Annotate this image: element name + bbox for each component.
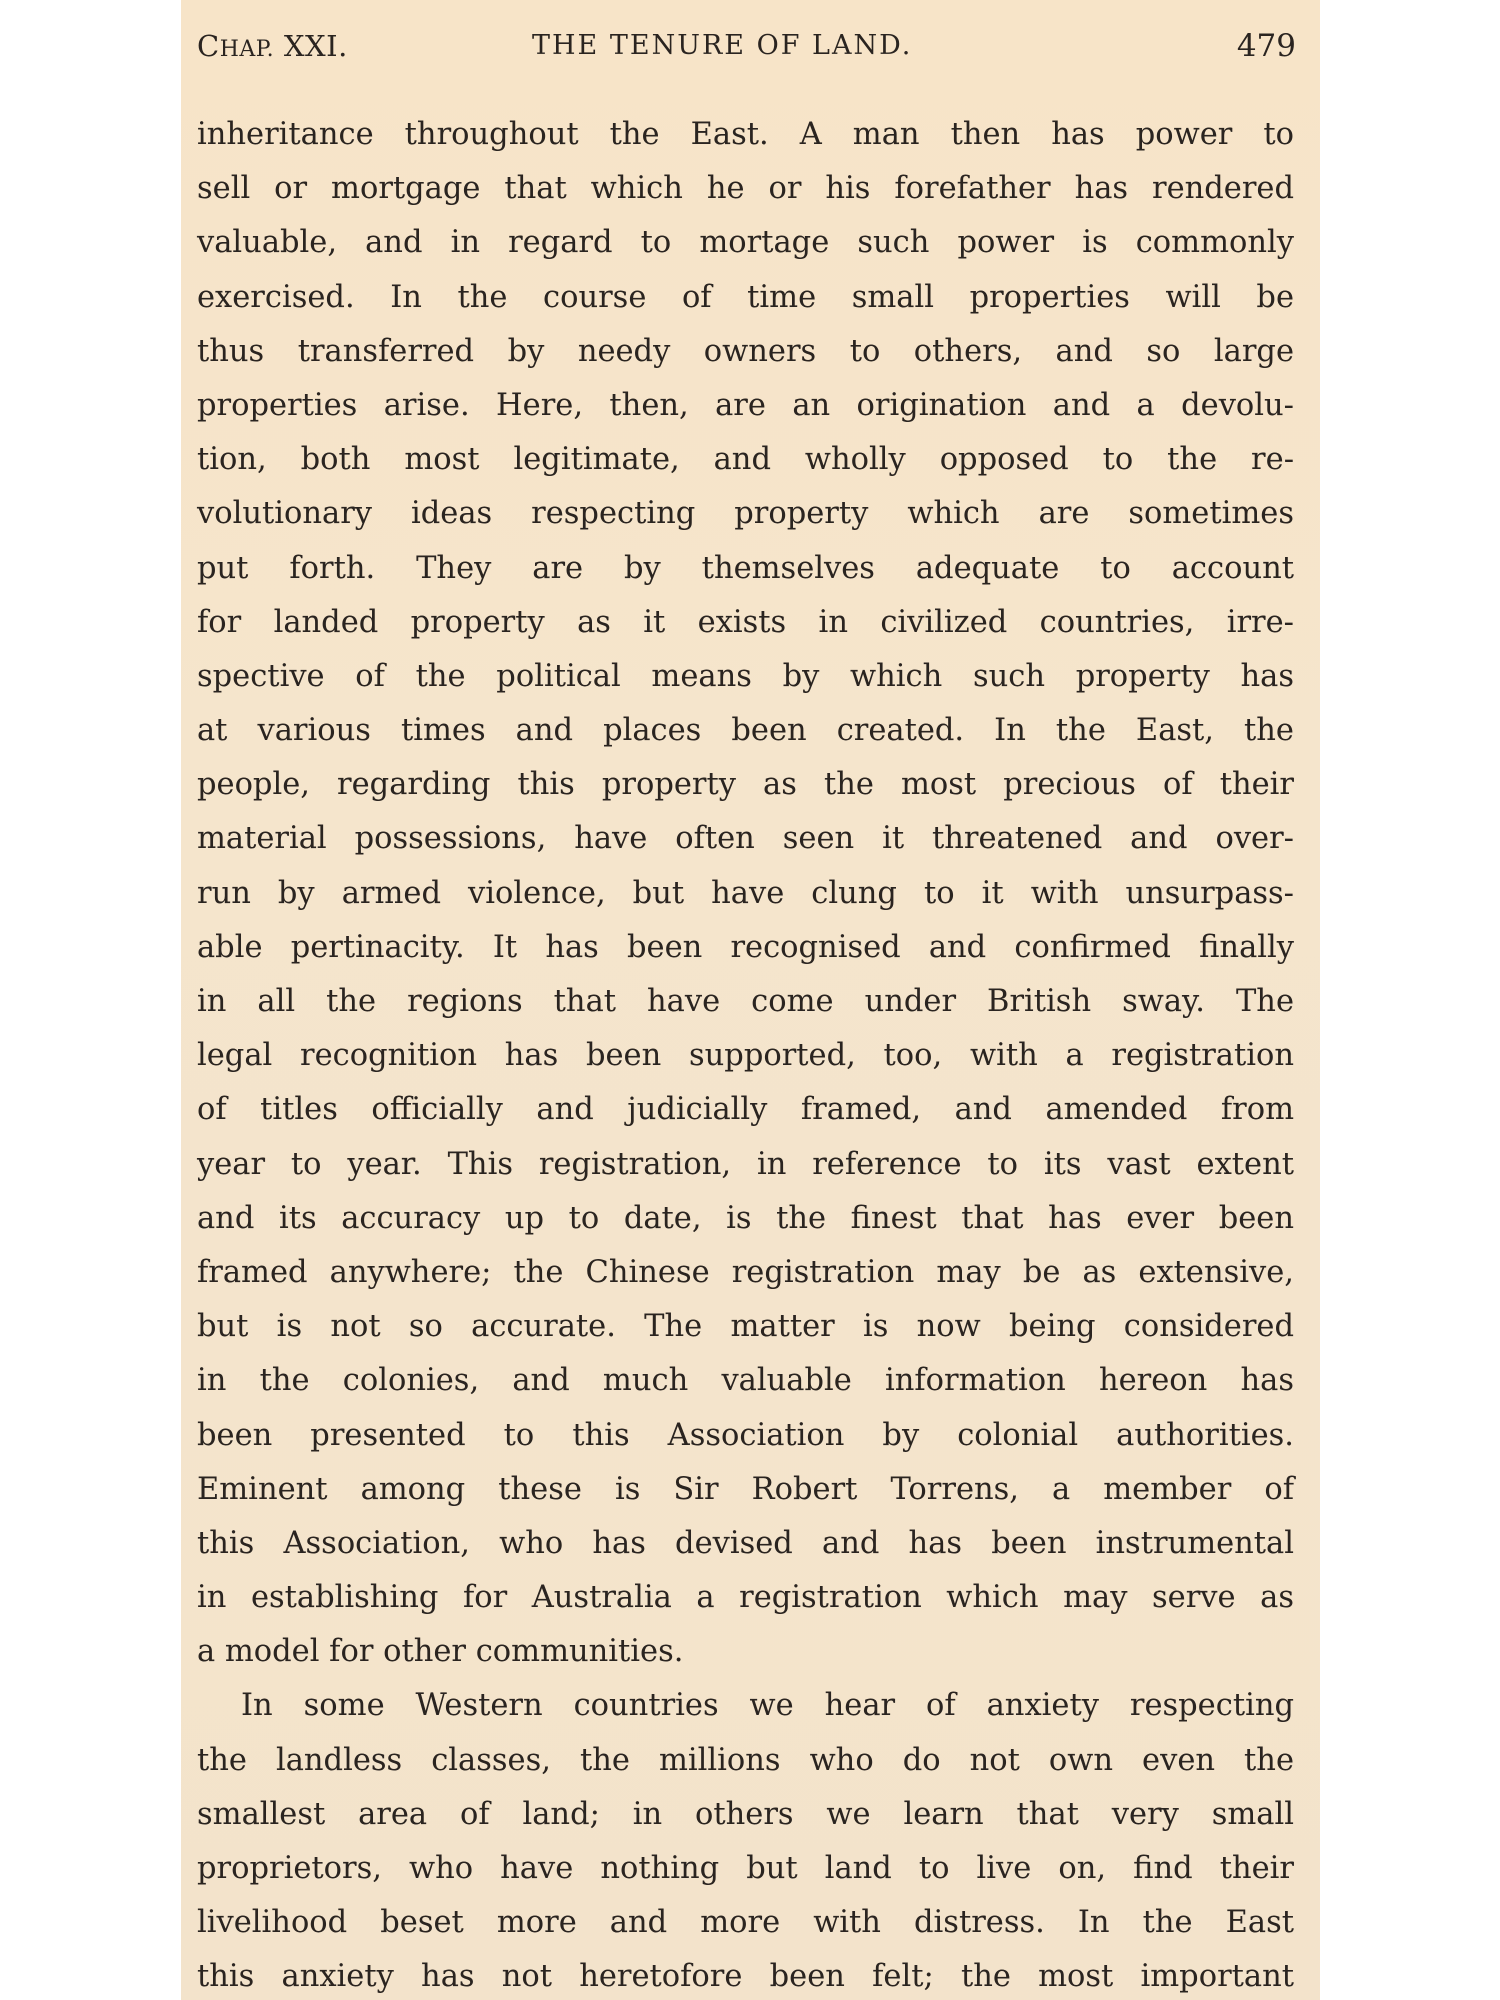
- text-line: this Association, who has devised and ha…: [197, 1517, 1294, 1571]
- text-line: material possessions, have often seen it…: [197, 812, 1294, 866]
- text-line: the landless classes, the millions who d…: [197, 1734, 1294, 1788]
- text-line: sell or mortgage that which he or his fo…: [197, 162, 1294, 216]
- body-text: inheritance throughout the East. A man t…: [197, 108, 1294, 2000]
- text-line: able pertinacity. It has been recognised…: [197, 921, 1294, 975]
- text-line: tion, both most legitimate, and wholly o…: [197, 433, 1294, 487]
- chapter-number: XXI.: [274, 29, 348, 63]
- text-line: for landed property as it exists in civi…: [197, 596, 1294, 650]
- text-line: a model for other communities.: [197, 1625, 1294, 1679]
- text-line: In some Western countries we hear of anx…: [197, 1679, 1294, 1733]
- text-line: inheritance throughout the East. A man t…: [197, 108, 1294, 162]
- text-line: in the colonies, and much valuable infor…: [197, 1354, 1294, 1408]
- text-line: livelihood beset more and more with dist…: [197, 1896, 1294, 1950]
- text-line: year to year. This registration, in refe…: [197, 1138, 1294, 1192]
- text-line: legal recognition has been supported, to…: [197, 1029, 1294, 1083]
- text-line: in all the regions that have come under …: [197, 975, 1294, 1029]
- chapter-title: THE TENURE OF LAND.: [532, 26, 912, 66]
- text-line: thus transferred by needy owners to othe…: [197, 325, 1294, 379]
- text-line: framed anywhere; the Chinese registratio…: [197, 1246, 1294, 1300]
- text-line: but is not so accurate. The matter is no…: [197, 1300, 1294, 1354]
- page-number: 479: [1237, 26, 1296, 66]
- chapter-label: CHAP. XXI.: [197, 26, 348, 70]
- book-page: CHAP. XXI. THE TENURE OF LAND. 479 inher…: [181, 0, 1320, 2000]
- text-line: exercised. In the course of time small p…: [197, 271, 1294, 325]
- text-line: of titles officially and judicially fram…: [197, 1083, 1294, 1137]
- text-line: properties arise. Here, then, are an ori…: [197, 379, 1294, 433]
- text-line: proprietors, who have nothing but land t…: [197, 1842, 1294, 1896]
- text-line: this anxiety has not heretofore been fel…: [197, 1950, 1294, 2000]
- text-line: smallest area of land; in others we lear…: [197, 1788, 1294, 1842]
- text-line: and its accuracy up to date, is the fine…: [197, 1192, 1294, 1246]
- paragraph-1: inheritance throughout the East. A man t…: [197, 108, 1294, 1679]
- text-line: spective of the political means by which…: [197, 650, 1294, 704]
- chapter-smallcaps: HAP.: [220, 37, 274, 62]
- text-line: Eminent among these is Sir Robert Torren…: [197, 1463, 1294, 1517]
- text-line: been presented to this Association by co…: [197, 1409, 1294, 1463]
- paragraph-2: In some Western countries we hear of anx…: [197, 1679, 1294, 2000]
- chapter-prefix: C: [197, 29, 220, 63]
- text-line: in establishing for Australia a registra…: [197, 1571, 1294, 1625]
- text-line: at various times and places been created…: [197, 704, 1294, 758]
- text-line: volutionary ideas respecting property wh…: [197, 487, 1294, 541]
- text-line: put forth. They are by themselves adequa…: [197, 542, 1294, 596]
- text-line: run by armed violence, but have clung to…: [197, 867, 1294, 921]
- text-line: valuable, and in regard to mortage such …: [197, 216, 1294, 270]
- running-head: CHAP. XXI. THE TENURE OF LAND. 479: [197, 26, 1296, 66]
- text-line: people, regarding this property as the m…: [197, 758, 1294, 812]
